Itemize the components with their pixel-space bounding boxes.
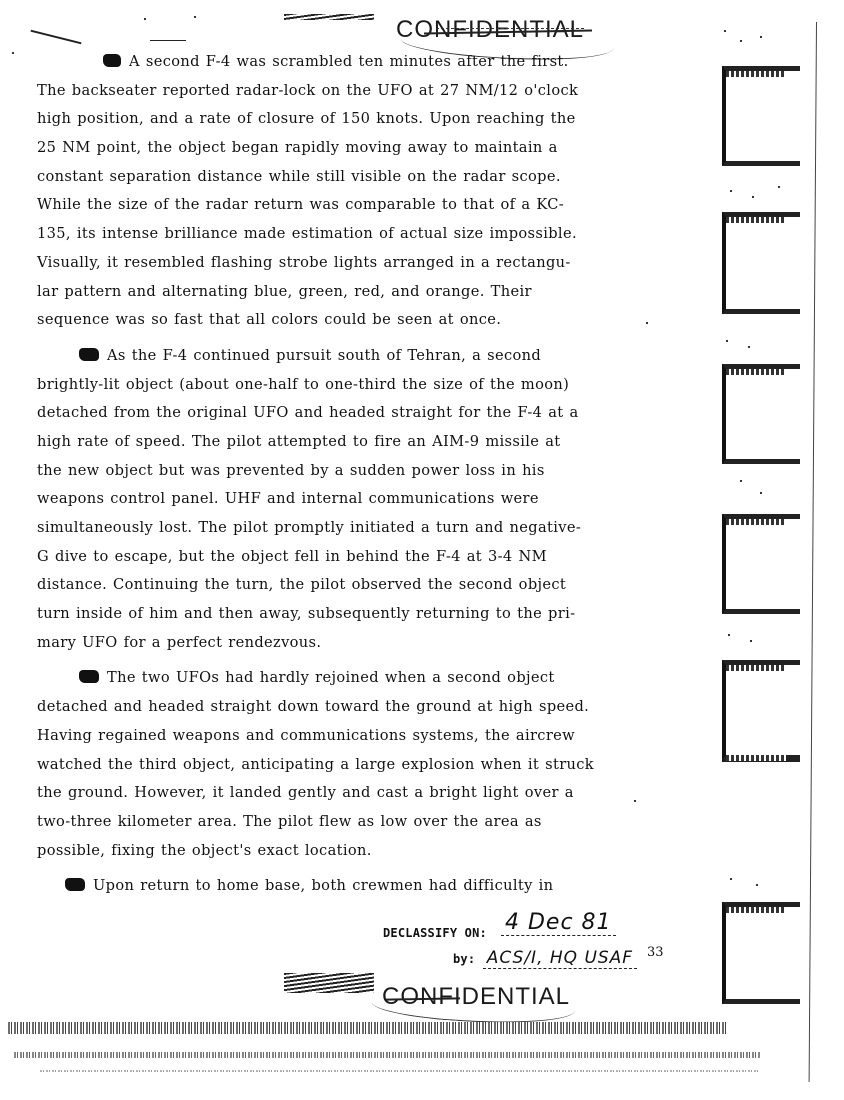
scan-noise-band [14, 1052, 760, 1058]
scan-speckle [740, 40, 742, 42]
scan-speckle [740, 480, 742, 482]
scan-speckle [750, 640, 752, 642]
text-line: weapons control panel. UHF and internal … [37, 485, 637, 514]
redaction-mark [65, 878, 85, 891]
redaction-mark [79, 348, 99, 361]
line-text: Upon return to home base, both crewmen h… [93, 877, 553, 894]
redaction-mark [79, 670, 99, 683]
scan-speckle [760, 492, 762, 494]
text-line: constant separation distance while still… [37, 163, 637, 192]
text-line: Visually, it resembled flashing strobe l… [37, 249, 637, 278]
scan-speckle [760, 36, 762, 38]
film-frame [722, 755, 800, 760]
declassified-by-value: ACS/I, HQ USAF [483, 948, 637, 969]
text-line: simultaneously lost. The pilot promptly … [37, 514, 637, 543]
declassification-block: DECLASSIFY ON: 4 Dec 81 by: ACS/I, HQ US… [383, 926, 637, 970]
scan-speckle [12, 52, 14, 54]
scan-speckle [730, 878, 732, 880]
redaction-scribble [284, 973, 374, 993]
text-line: mary UFO for a perfect rendezvous. [37, 629, 637, 658]
text-line: the ground. However, it landed gently an… [37, 779, 637, 808]
scan-speckle [194, 16, 196, 18]
scan-speckle [728, 634, 730, 636]
text-line: Upon return to home base, both crewmen h… [37, 872, 637, 901]
scan-noise-band [40, 1070, 760, 1072]
scan-speckle [756, 884, 758, 886]
document-page: CONFIDENTIAL A second F-4 was scrambled … [0, 0, 844, 1100]
declassified-by-label: by: [453, 952, 475, 966]
film-frame [722, 364, 800, 464]
page-number: 33 [647, 945, 664, 960]
scan-speckle [144, 18, 146, 20]
scan-speckle [646, 322, 648, 324]
text-line: 135, its intense brilliance made estimat… [37, 220, 637, 249]
declassify-on-row: DECLASSIFY ON: 4 Dec 81 [383, 926, 637, 948]
text-line: G dive to escape, but the object fell in… [37, 543, 637, 572]
scan-speckle [778, 186, 780, 188]
text-line: high rate of speed. The pilot attempted … [37, 428, 637, 457]
film-frame [722, 66, 800, 166]
text-line: brightly-lit object (about one-half to o… [37, 371, 637, 400]
text-line: possible, fixing the object's exact loca… [37, 837, 637, 866]
scan-speckle [748, 346, 750, 348]
text-line: watched the third object, anticipating a… [37, 751, 637, 780]
scan-speckle [730, 190, 732, 192]
line-text: The two UFOs had hardly rejoined when a … [107, 669, 555, 686]
scan-noise-band [8, 1022, 728, 1034]
text-line: While the size of the radar return was c… [37, 191, 637, 220]
scan-speckle [726, 340, 728, 342]
text-line: The backseater reported radar-lock on th… [37, 77, 637, 106]
text-line: turn inside of him and then away, subseq… [37, 600, 637, 629]
text-line: 25 NM point, the object began rapidly mo… [37, 134, 637, 163]
text-line: A second F-4 was scrambled ten minutes a… [37, 48, 637, 77]
text-line: Having regained weapons and communicatio… [37, 722, 637, 751]
declassify-on-value: 4 Dec 81 [501, 910, 616, 936]
scan-speckle [724, 30, 726, 32]
line-text: As the F-4 continued pursuit south of Te… [107, 347, 541, 364]
scan-speckle [752, 196, 754, 198]
line-text: A second F-4 was scrambled ten minutes a… [129, 53, 569, 70]
text-line: sequence was so fast that all colors cou… [37, 306, 637, 335]
classification-stamp-bottom: CONFIDENTIAL [382, 983, 570, 1011]
redaction-mark [103, 54, 121, 67]
redaction-scribble [284, 14, 374, 20]
classification-stamp-top: CONFIDENTIAL [396, 16, 584, 44]
paragraph: As the F-4 continued pursuit south of Te… [37, 342, 637, 658]
text-line: high position, and a rate of closure of … [37, 105, 637, 134]
text-line: two-three kilometer area. The pilot flew… [37, 808, 637, 837]
text-line: detached and headed straight down toward… [37, 693, 637, 722]
text-line: The two UFOs had hardly rejoined when a … [37, 664, 637, 693]
scan-artifact [150, 40, 186, 41]
text-line: As the F-4 continued pursuit south of Te… [37, 342, 637, 371]
text-line: lar pattern and alternating blue, green,… [37, 278, 637, 307]
declassify-on-label: DECLASSIFY ON: [383, 926, 487, 940]
film-frame [722, 902, 800, 1004]
film-frame [722, 212, 800, 314]
declassified-by-row: by: ACS/I, HQ USAF [383, 948, 637, 970]
paragraph: A second F-4 was scrambled ten minutes a… [37, 48, 637, 335]
paragraph: Upon return to home base, both crewmen h… [37, 872, 637, 901]
film-frame [722, 660, 800, 762]
document-body: A second F-4 was scrambled ten minutes a… [37, 48, 637, 901]
text-line: distance. Continuing the turn, the pilot… [37, 571, 637, 600]
scan-artifact [31, 30, 82, 45]
scan-speckle [634, 800, 636, 802]
margin-rule [809, 22, 817, 1082]
text-line: detached from the original UFO and heade… [37, 399, 637, 428]
paragraph: The two UFOs had hardly rejoined when a … [37, 664, 637, 865]
text-line: the new object but was prevented by a su… [37, 457, 637, 486]
film-frame [722, 514, 800, 614]
